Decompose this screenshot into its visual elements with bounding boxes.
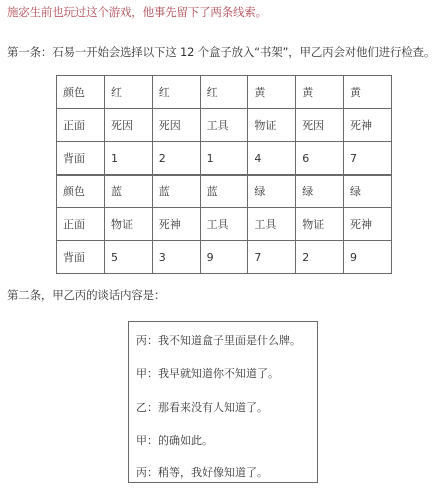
table-cell: 绿 xyxy=(248,175,296,208)
table-cell: 物证 xyxy=(105,208,153,241)
table-row-front: 正面 物证 死神 工具 工具 物证 死神 xyxy=(57,208,392,241)
table-cell: 红 xyxy=(200,76,248,109)
dialogue-line: 丙：稍等，我好像知道了。 xyxy=(136,464,268,480)
table-row-back: 背面 5 3 9 7 2 9 xyxy=(57,241,392,274)
table-cell: 物证 xyxy=(248,109,296,142)
table-cell: 死因 xyxy=(152,109,200,142)
intro-note: 施宓生前也玩过这个游戏，他事先留下了两条线索。 xyxy=(7,4,267,20)
table-cell: 黄 xyxy=(248,76,296,109)
table-cell: 2 xyxy=(152,142,200,176)
table-cell: 1 xyxy=(200,142,248,176)
table-cell: 工具 xyxy=(200,109,248,142)
table-cell: 绿 xyxy=(296,175,344,208)
row-label: 正面 xyxy=(57,109,105,142)
table-cell: 物证 xyxy=(296,208,344,241)
dialogue-line: 丙：我不知道盒子里面是什么牌。 xyxy=(136,332,301,348)
clue-one-text: 第一条：石易一开始会选择以下这 12 个盒子放入“书架”，甲乙丙会对他们进行检查… xyxy=(7,44,434,60)
table-cell: 死神 xyxy=(343,109,391,142)
table-cell: 黄 xyxy=(296,76,344,109)
table-cell: 红 xyxy=(105,76,153,109)
table-cell: 2 xyxy=(296,241,344,274)
table-cell: 3 xyxy=(152,241,200,274)
table-cell: 蓝 xyxy=(105,175,153,208)
row-label: 颜色 xyxy=(57,175,105,208)
table-cell: 9 xyxy=(200,241,248,274)
row-label: 背面 xyxy=(57,241,105,274)
dialogue-line: 乙：那看来没有人知道了。 xyxy=(136,399,268,415)
table-row-color: 颜色 红 红 红 黄 黄 黄 xyxy=(57,76,392,109)
row-label: 正面 xyxy=(57,208,105,241)
dialogue-box: 丙：我不知道盒子里面是什么牌。 甲：我早就知道你不知道了。 乙：那看来没有人知道… xyxy=(128,321,318,483)
row-label: 背面 xyxy=(57,142,105,176)
table-cell: 死神 xyxy=(152,208,200,241)
table-cell: 蓝 xyxy=(200,175,248,208)
table-cell: 死因 xyxy=(105,109,153,142)
table-cell: 4 xyxy=(248,142,296,176)
clue-two-text: 第二条，甲乙丙的谈话内容是： xyxy=(7,287,165,303)
table-cell: 死因 xyxy=(296,109,344,142)
table-cell: 7 xyxy=(343,142,391,176)
table-row-front: 正面 死因 死因 工具 物证 死因 死神 xyxy=(57,109,392,142)
table-cell: 工具 xyxy=(248,208,296,241)
box-table-blue-green: 颜色 蓝 蓝 蓝 绿 绿 绿 正面 物证 死神 工具 工具 物证 死神 背面 5… xyxy=(56,174,392,274)
table-cell: 7 xyxy=(248,241,296,274)
table-cell: 蓝 xyxy=(152,175,200,208)
table-cell: 5 xyxy=(105,241,153,274)
dialogue-line: 甲：的确如此。 xyxy=(136,432,213,448)
table-row-back: 背面 1 2 1 4 6 7 xyxy=(57,142,392,176)
box-table-red-yellow: 颜色 红 红 红 黄 黄 黄 正面 死因 死因 工具 物证 死因 死神 背面 1… xyxy=(56,75,392,176)
table-cell: 1 xyxy=(105,142,153,176)
table-cell: 6 xyxy=(296,142,344,176)
table-cell: 红 xyxy=(152,76,200,109)
table-row-color: 颜色 蓝 蓝 蓝 绿 绿 绿 xyxy=(57,175,392,208)
dialogue-line: 甲：我早就知道你不知道了。 xyxy=(136,365,279,381)
table-cell: 9 xyxy=(343,241,391,274)
table-cell: 黄 xyxy=(343,76,391,109)
table-cell: 绿 xyxy=(343,175,391,208)
table-cell: 死神 xyxy=(343,208,391,241)
table-cell: 工具 xyxy=(200,208,248,241)
row-label: 颜色 xyxy=(57,76,105,109)
